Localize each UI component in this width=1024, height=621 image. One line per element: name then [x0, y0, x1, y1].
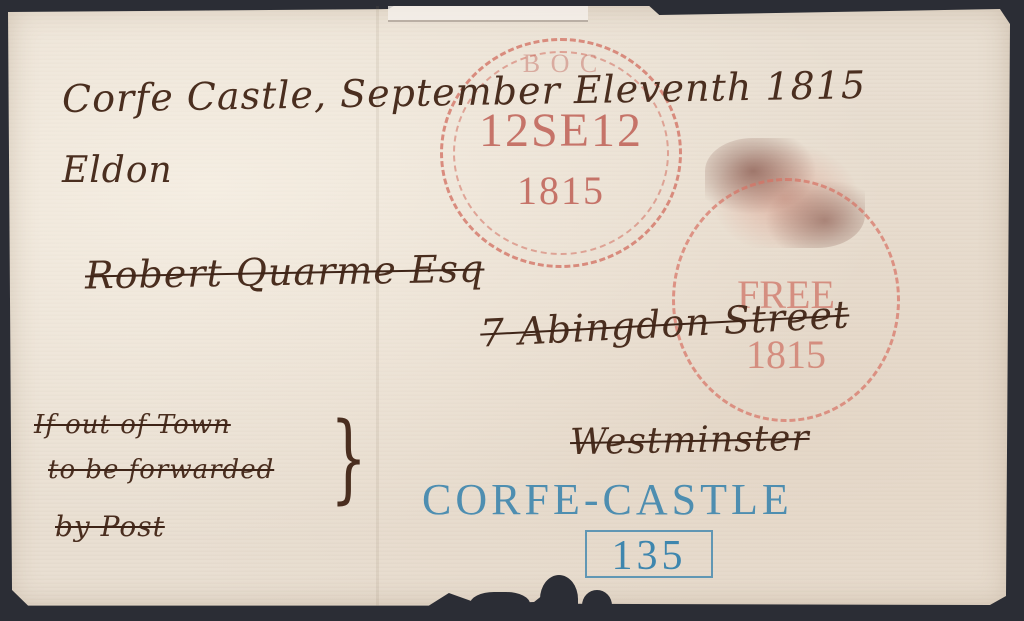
- paper-tear: [582, 590, 612, 621]
- forwarding-note-line-3: by Post: [55, 510, 165, 543]
- paper-tear: [540, 575, 578, 621]
- address-city: Westminster: [570, 418, 810, 463]
- top-flap: [388, 6, 588, 22]
- brace-mark: }: [330, 402, 367, 514]
- paper-tear: [470, 592, 530, 621]
- forwarding-note-line-2: to be forwarded: [48, 455, 274, 485]
- address-name: Robert Quarme Esq: [85, 247, 485, 298]
- forwarding-note-line-1: If out of Town: [34, 410, 231, 440]
- mileage-handstamp: 135: [585, 530, 713, 578]
- signature: Eldon: [62, 150, 173, 191]
- town-handstamp: CORFE-CASTLE: [422, 474, 793, 525]
- datestamp-year: 1815: [443, 167, 679, 214]
